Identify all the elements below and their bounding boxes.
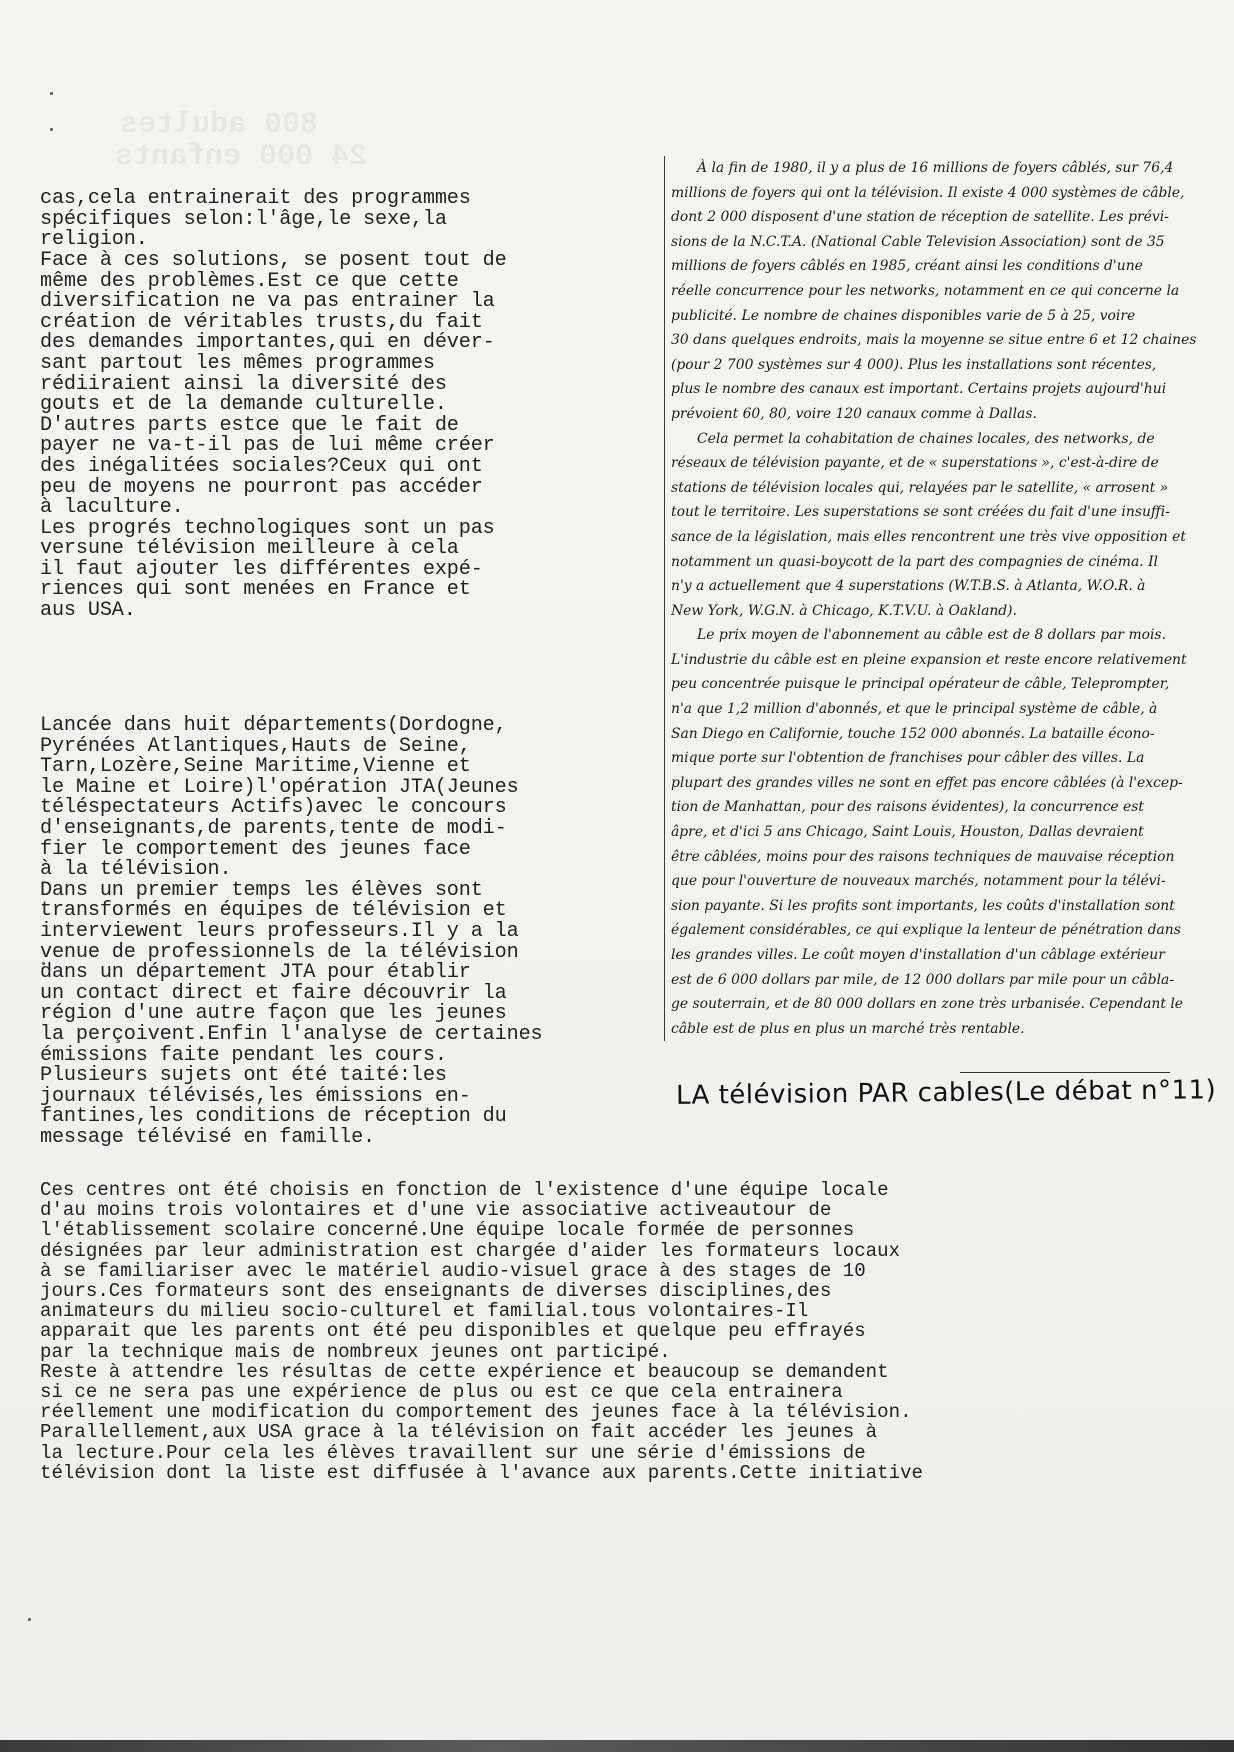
typed-line: gouts et de la demande culturelle.	[40, 395, 650, 416]
typed-line: à la télévision.	[40, 860, 650, 881]
clipping-line: tion de Manhattan, pour des raisons évid…	[671, 795, 1181, 820]
typed-line: Parallellement,aux USA grace à la télévi…	[40, 1422, 1167, 1442]
clipping-line: peu concentrée puisque le principal opér…	[671, 672, 1181, 697]
clipping-line: sance de la législation, mais elles renc…	[671, 525, 1181, 550]
clipping-line: sion payante. Si les profits sont import…	[671, 894, 1181, 919]
typed-line: Lancée dans huit départements(Dordogne,	[40, 716, 650, 737]
scanner-edge	[0, 1740, 1234, 1752]
typed-line: cas,cela entrainerait des programmes	[40, 189, 650, 210]
typed-line: par la technique mais de nombreux jeunes…	[40, 1342, 1167, 1362]
typed-line: Face à ces solutions, se posent tout de	[40, 251, 650, 272]
clipping-line: réelle concurrence pour les networks, no…	[671, 279, 1181, 304]
clipping-line: New York, W.G.N. à Chicago, K.T.V.U. à O…	[671, 599, 1181, 624]
clipping-line: câble est de plus en plus un marché très…	[671, 1017, 1181, 1042]
scan-speck	[50, 92, 53, 95]
typed-line: payer ne va-t-il pas de lui même créer	[40, 436, 650, 457]
typed-line: apparait que les parents ont été peu dis…	[40, 1321, 1167, 1341]
typed-line: transformés en équipes de télévision et	[40, 901, 650, 922]
clipping-line: ge souterrain, et de 80 000 dollars en z…	[671, 992, 1181, 1017]
typed-paragraph: Lancée dans huit départements(Dordogne,P…	[40, 716, 650, 1148]
bleed-through-text: 800 adultes	[120, 108, 318, 142]
typed-line: même des problèmes.Est ce que cette	[40, 272, 650, 293]
clipping-line: dont 2 000 disposent d'une station de ré…	[671, 205, 1181, 230]
clipping-line: être câblées, moins pour des raisons tec…	[671, 845, 1181, 870]
clipping-line: n'y a actuellement que 4 superstations (…	[671, 574, 1181, 599]
typed-line: réellement une modification du comportem…	[40, 1402, 1167, 1422]
handwritten-caption: LA télévision PAR cables(Le débat n°11)	[676, 1075, 1217, 1111]
clipping-line: stations de télévision locales qui, rela…	[671, 476, 1181, 501]
clipping-line: que pour l'ouverture de nouveaux marchés…	[671, 869, 1181, 894]
typed-line: Ces centres ont été choisis en fonction …	[40, 1180, 1167, 1200]
clipping-line: sions de la N.C.T.A. (National Cable Tel…	[671, 230, 1181, 255]
typed-line: Les progrés technologiques sont un pas	[40, 519, 650, 540]
typed-line: des demandes importantes,qui en déver-	[40, 333, 650, 354]
clipping-line: San Diego en Californie, touche 152 000 …	[671, 722, 1181, 747]
typed-line: message télévisé en famille.	[40, 1128, 650, 1149]
clipping-line: Le prix moyen de l'abonnement au câble e…	[671, 623, 1181, 648]
typed-line: versune télévision meilleure à cela	[40, 539, 650, 560]
typed-line: désignées par leur administration est ch…	[40, 1241, 1167, 1261]
typed-line: dans un département JTA pour établir	[40, 963, 650, 984]
typed-line: la perçoivent.Enfin l'analyse de certain…	[40, 1025, 650, 1046]
clipping-line: tout le territoire. Les superstations se…	[671, 500, 1181, 525]
typed-line: Reste à attendre les résultas de cette e…	[40, 1362, 1167, 1382]
clipping-line: réseaux de télévision payante, et de « s…	[671, 451, 1181, 476]
clipping-line: plupart des grandes villes ne sont en ef…	[671, 771, 1181, 796]
clipping-line: les grandes villes. Le coût moyen d'inst…	[671, 943, 1181, 968]
typed-line: aus USA.	[40, 601, 650, 622]
clipping-line: plus le nombre des canaux est important.…	[671, 377, 1181, 402]
scan-speck	[50, 128, 53, 131]
handwritten-underline	[960, 1072, 1170, 1073]
clipping-line: 30 dans quelques endroits, mais la moyen…	[671, 328, 1181, 353]
typed-line: Tarn,Lozère,Seine Maritime,Vienne et	[40, 757, 650, 778]
clipping-line: L'industrie du câble est en pleine expan…	[671, 648, 1181, 673]
clipping-line: est de 6 000 dollars par mile, de 12 000…	[671, 968, 1181, 993]
clipping-line: (pour 2 700 systèmes sur 4 000). Plus le…	[671, 353, 1181, 378]
clipping-line: âpre, et d'ici 5 ans Chicago, Saint Loui…	[671, 820, 1181, 845]
clipping-line: Cela permet la cohabitation de chaines l…	[671, 427, 1181, 452]
scanned-page: 800 adultes 24 000 enfants cas,cela entr…	[0, 0, 1234, 1752]
typed-line: un contact direct et faire découvrir la	[40, 984, 650, 1005]
typed-line: Plusieurs sujets ont été taité:les	[40, 1066, 650, 1087]
typed-line: Pyrénées Atlantiques,Hauts de Seine,	[40, 737, 650, 758]
typed-line: à laculture.	[40, 498, 650, 519]
typed-line: à se familiariser avec le matériel audio…	[40, 1261, 1167, 1281]
clipping-line: également considérables, ce qui explique…	[671, 918, 1181, 943]
typed-line: animateurs du milieu socio-culturel et f…	[40, 1301, 1167, 1321]
typed-line: téléspectateurs Actifs)avec le concours	[40, 798, 650, 819]
typed-paragraph: cas,cela entrainerait des programmesspéc…	[40, 189, 650, 621]
typed-line: religion.	[40, 230, 650, 251]
typed-full-width-section: Ces centres ont été choisis en fonction …	[40, 1180, 1167, 1483]
typed-line: télévision dont la liste est diffusée à …	[40, 1463, 1167, 1483]
clipping-line: millions de foyers câblés en 1985, créan…	[671, 254, 1181, 279]
scan-speck	[28, 1618, 31, 1621]
clipping-line: notamment un quasi-boycott de la part de…	[671, 550, 1181, 575]
press-clipping: À la fin de 1980, il y a plus de 16 mill…	[664, 156, 1181, 1041]
typed-line: fantines,les conditions de réception du	[40, 1107, 650, 1128]
clipping-line: prévoient 60, 80, voire 120 canaux comme…	[671, 402, 1181, 427]
typed-line: Dans un premier temps les élèves sont	[40, 881, 650, 902]
typed-line: spécifiques selon:l'âge,le sexe,la	[40, 210, 650, 231]
typed-line: peu de moyens ne pourront pas accéder	[40, 478, 650, 499]
clipping-line: millions de foyers qui ont la télévision…	[671, 181, 1181, 206]
typed-line: d'enseignants,de parents,tente de modi-	[40, 819, 650, 840]
typed-line: des inégalitées sociales?Ceux qui ont	[40, 457, 650, 478]
typed-line: venue de professionnels de la télévision	[40, 943, 650, 964]
typed-line: le Maine et Loire)l'opération JTA(Jeunes	[40, 778, 650, 799]
typed-line: la lecture.Pour cela les élèves travaill…	[40, 1443, 1167, 1463]
typed-line: journaux télévisés,les émissions en-	[40, 1087, 650, 1108]
typed-line: l'établissement scolaire concerné.Une éq…	[40, 1220, 1167, 1240]
clipping-line: n'a que 1,2 million d'abonnés, et que le…	[671, 697, 1181, 722]
typed-line: il faut ajouter les différentes expé-	[40, 560, 650, 581]
typed-line: émissions faite pendant les cours.	[40, 1046, 650, 1067]
typed-line: création de véritables trusts,du fait	[40, 313, 650, 334]
typed-line: interviewent leurs professeurs.Il y a la	[40, 922, 650, 943]
typed-line: diversification ne va pas entrainer la	[40, 292, 650, 313]
clipping-line: À la fin de 1980, il y a plus de 16 mill…	[671, 156, 1181, 181]
clipping-line: publicité. Le nombre de chaines disponib…	[671, 304, 1181, 329]
typed-left-column: cas,cela entrainerait des programmesspéc…	[40, 148, 650, 1190]
typed-line: fier le comportement des jeunes face	[40, 840, 650, 861]
typed-line: D'autres parts estce que le fait de	[40, 416, 650, 437]
typed-line: sant partout les mêmes programmes	[40, 354, 650, 375]
typed-line: si ce ne sera pas une expérience de plus…	[40, 1382, 1167, 1402]
typed-line: riences qui sont menées en France et	[40, 580, 650, 601]
typed-line: jours.Ces formateurs sont des enseignant…	[40, 1281, 1167, 1301]
typed-line: rédiiraient ainsi la diversité des	[40, 375, 650, 396]
clipping-line: mique porte sur l'obtention de franchise…	[671, 746, 1181, 771]
typed-line: région d'une autre façon que les jeunes	[40, 1004, 650, 1025]
typed-line: d'au moins trois volontaires et d'une vi…	[40, 1200, 1167, 1220]
